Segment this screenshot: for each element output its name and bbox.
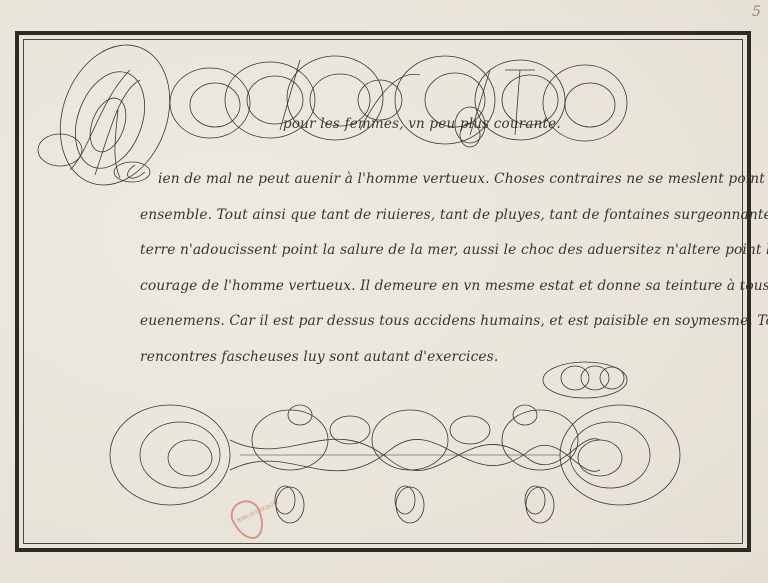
- body-line-6: rencontres fascheuses luy sont autant d'…: [140, 340, 740, 376]
- body-line-3: terre n'adoucissent point la salure de l…: [140, 233, 740, 269]
- page-sheet: 5: [0, 0, 768, 583]
- body-line-1: ien de mal ne peut auenir à l'homme vert…: [140, 162, 740, 198]
- subtitle-line: pour les femmes, vn peu plus courante.: [283, 116, 561, 132]
- body-line-5: euenemens. Car il est par dessus tous ac…: [140, 304, 740, 340]
- body-text-block: ien de mal ne peut auenir à l'homme vert…: [140, 162, 740, 375]
- bottom-flourish-band: [110, 405, 680, 523]
- body-line-4: courage de l'homme vertueux. Il demeure …: [140, 269, 740, 305]
- body-line-2: ensemble. Tout ainsi que tant de riuiere…: [140, 198, 740, 234]
